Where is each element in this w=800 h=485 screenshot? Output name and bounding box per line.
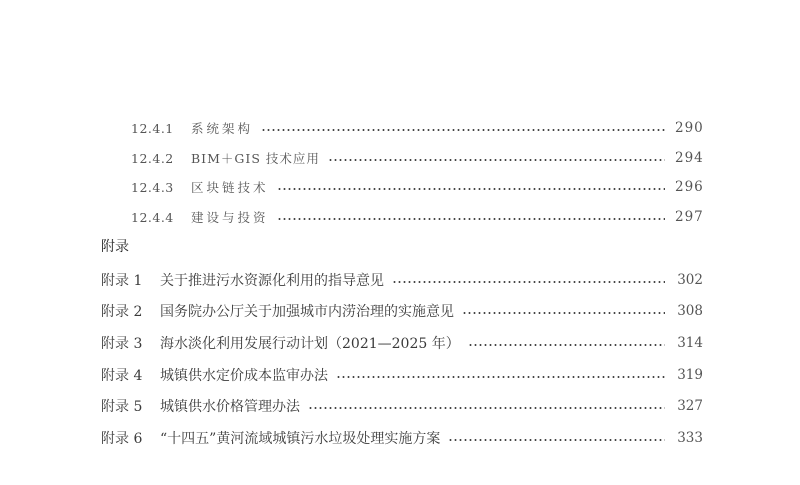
entry-number: 附录 6 — [101, 428, 160, 448]
dot-leader — [468, 344, 665, 346]
toc-entry-appendix-2[interactable]: 附录 2 国务院办公厅关于加强城市内涝治理的实施意见 308 — [101, 300, 703, 322]
entry-title: 关于推进污水资源化利用的指导意见 — [160, 270, 390, 290]
entry-number: 附录 4 — [101, 365, 160, 385]
appendix-heading: 附录 — [101, 236, 129, 256]
entry-page-number: 297 — [675, 209, 703, 225]
entry-title: 系统架构 — [191, 119, 259, 137]
entry-number: 附录 1 — [101, 270, 160, 290]
entry-page-number: 333 — [675, 430, 703, 446]
toc-entry-appendix-5[interactable]: 附录 5 城镇供水价格管理办法 327 — [101, 395, 703, 417]
toc-entry-appendix-1[interactable]: 附录 1 关于推进污水资源化利用的指导意见 302 — [101, 269, 703, 291]
dot-leader — [261, 129, 665, 131]
entry-title: 国务院办公厅关于加强城市内涝治理的实施意见 — [160, 301, 460, 321]
dot-leader — [448, 439, 665, 441]
dot-leader — [308, 407, 665, 409]
entry-page-number: 308 — [675, 303, 703, 319]
entry-page-number: 294 — [675, 150, 703, 166]
entry-number: 12.4.1 — [131, 121, 191, 136]
entry-page-number: 314 — [675, 335, 703, 351]
entry-number: 12.4.3 — [131, 180, 191, 195]
dot-leader — [336, 376, 665, 378]
toc-entry-12-4-3[interactable]: 12.4.3 区块链技术 296 — [131, 176, 703, 198]
dot-leader — [392, 281, 665, 283]
entry-title: 海水淡化利用发展行动计划（2021—2025 年） — [160, 333, 466, 353]
toc-entry-12-4-4[interactable]: 12.4.4 建设与投资 297 — [131, 206, 703, 228]
entry-page-number: 302 — [675, 272, 703, 288]
dot-leader — [277, 218, 665, 220]
toc-entry-appendix-6[interactable]: 附录 6 “十四五”黄河流域城镇污水垃圾处理实施方案 333 — [101, 427, 703, 449]
entry-number: 12.4.4 — [131, 210, 191, 225]
toc-page: 12.4.1 系统架构 290 12.4.2 BIM＋GIS 技术应用 294 … — [0, 0, 800, 485]
dot-leader — [277, 188, 665, 190]
dot-leader — [462, 312, 665, 314]
dot-leader — [328, 159, 665, 161]
entry-title: “十四五”黄河流域城镇污水垃圾处理实施方案 — [160, 428, 446, 448]
toc-entry-12-4-2[interactable]: 12.4.2 BIM＋GIS 技术应用 294 — [131, 147, 703, 169]
entry-page-number: 319 — [675, 367, 703, 383]
entry-page-number: 296 — [675, 179, 703, 195]
toc-entry-appendix-4[interactable]: 附录 4 城镇供水定价成本监审办法 319 — [101, 364, 703, 386]
entry-number: 附录 2 — [101, 301, 160, 321]
entry-title: 建设与投资 — [191, 208, 275, 226]
toc-entry-appendix-3[interactable]: 附录 3 海水淡化利用发展行动计划（2021—2025 年） 314 — [101, 332, 703, 354]
toc-entry-12-4-1[interactable]: 12.4.1 系统架构 290 — [131, 117, 703, 139]
entry-page-number: 327 — [675, 398, 703, 414]
entry-number: 附录 5 — [101, 396, 160, 416]
entry-title: 城镇供水价格管理办法 — [160, 396, 306, 416]
entry-title: 城镇供水定价成本监审办法 — [160, 365, 334, 385]
entry-page-number: 290 — [675, 120, 703, 136]
entry-title: 区块链技术 — [191, 178, 275, 196]
entry-number: 12.4.2 — [131, 151, 191, 166]
entry-number: 附录 3 — [101, 333, 160, 353]
entry-title: BIM＋GIS 技术应用 — [191, 149, 326, 167]
